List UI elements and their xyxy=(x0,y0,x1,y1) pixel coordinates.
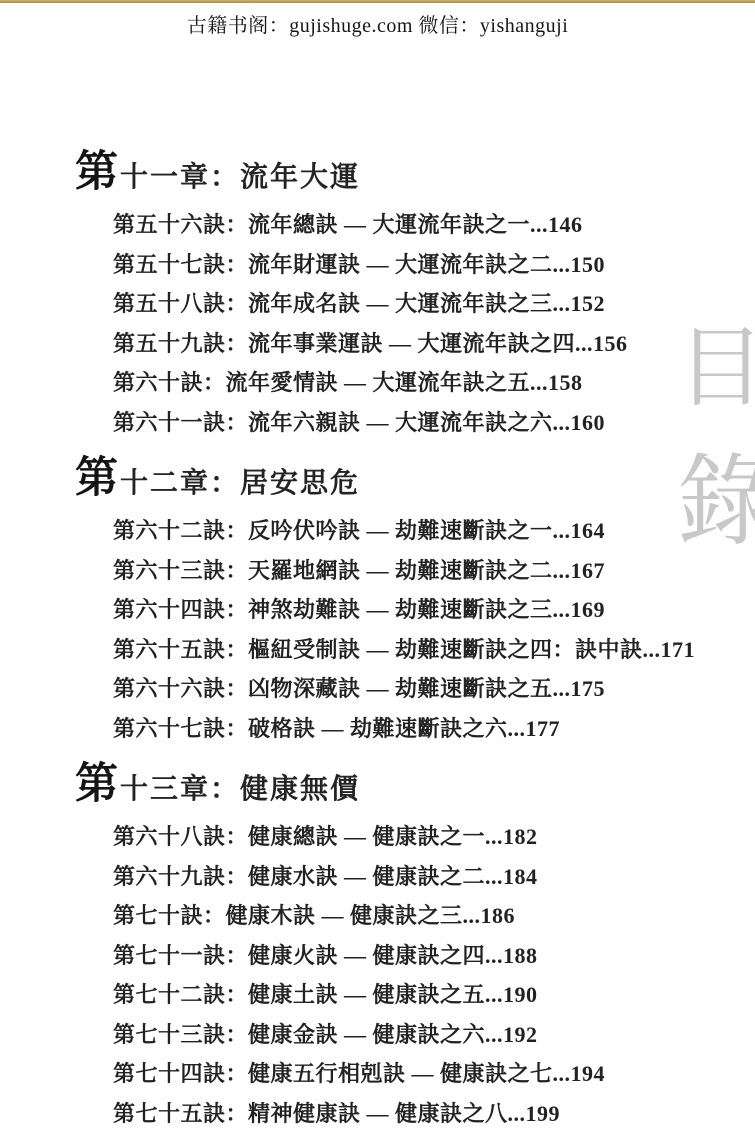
toc-entry: 第六十六訣：凶物深藏訣 — 劫難速斷訣之五...175 xyxy=(113,669,755,709)
toc-entry: 第七十四訣：健康五行相剋訣 — 健康訣之七...194 xyxy=(113,1054,755,1094)
chapter-entries: 第六十二訣：反吟伏吟訣 — 劫難速斷訣之一...164 第六十三訣：天羅地網訣 … xyxy=(75,511,755,748)
chapter-section-11: 第十一章：流年大運 第五十六訣：流年總訣 — 大運流年訣之一...146 第五十… xyxy=(75,150,755,442)
chapter-heading: 第十三章：健康無價 xyxy=(75,762,755,817)
chapter-title: 十一章：流年大運 xyxy=(120,162,360,193)
toc-entry: 第六十八訣：健康總訣 — 健康訣之一...182 xyxy=(113,817,755,857)
toc-entry: 第五十八訣：流年成名訣 — 大運流年訣之三...152 xyxy=(113,284,755,324)
site-banner: 古籍书阁：gujishuge.com 微信：yishanguji xyxy=(0,3,755,38)
toc-entry: 第五十九訣：流年事業運訣 — 大運流年訣之四...156 xyxy=(113,324,755,364)
toc-entry: 第七十訣：健康木訣 — 健康訣之三...186 xyxy=(113,896,755,936)
toc-entry: 第五十六訣：流年總訣 — 大運流年訣之一...146 xyxy=(113,205,755,245)
chapter-entries: 第六十八訣：健康總訣 — 健康訣之一...182 第六十九訣：健康水訣 — 健康… xyxy=(75,817,755,1133)
toc-entry: 第七十三訣：健康金訣 — 健康訣之六...192 xyxy=(113,1015,755,1055)
toc-entry: 第七十二訣：健康土訣 — 健康訣之五...190 xyxy=(113,975,755,1015)
chapter-heading: 第十二章：居安思危 xyxy=(75,456,755,511)
chapter-section-13: 第十三章：健康無價 第六十八訣：健康總訣 — 健康訣之一...182 第六十九訣… xyxy=(75,762,755,1133)
toc-entry: 第六十七訣：破格訣 — 劫難速斷訣之六...177 xyxy=(113,709,755,749)
toc-entry: 第五十七訣：流年財運訣 — 大運流年訣之二...150 xyxy=(113,245,755,285)
chapter-title: 十三章：健康無價 xyxy=(120,774,360,805)
chapter-prefix: 第 xyxy=(75,455,120,502)
toc-entry: 第六十五訣：樞紐受制訣 — 劫難速斷訣之四：訣中訣...171 xyxy=(113,630,755,670)
toc-entry: 第七十一訣：健康火訣 — 健康訣之四...188 xyxy=(113,936,755,976)
chapter-prefix: 第 xyxy=(75,761,120,808)
chapter-title: 十二章：居安思危 xyxy=(120,468,360,499)
chapter-section-12: 第十二章：居安思危 第六十二訣：反吟伏吟訣 — 劫難速斷訣之一...164 第六… xyxy=(75,456,755,748)
chapter-heading: 第十一章：流年大運 xyxy=(75,150,755,205)
chapter-entries: 第五十六訣：流年總訣 — 大運流年訣之一...146 第五十七訣：流年財運訣 —… xyxy=(75,205,755,442)
table-of-contents: 第十一章：流年大運 第五十六訣：流年總訣 — 大運流年訣之一...146 第五十… xyxy=(0,38,755,1133)
toc-entry: 第六十一訣：流年六親訣 — 大運流年訣之六...160 xyxy=(113,403,755,443)
chapter-prefix: 第 xyxy=(75,149,120,196)
toc-entry: 第六十九訣：健康水訣 — 健康訣之二...184 xyxy=(113,857,755,897)
toc-entry: 第六十二訣：反吟伏吟訣 — 劫難速斷訣之一...164 xyxy=(113,511,755,551)
toc-entry: 第六十訣：流年愛情訣 — 大運流年訣之五...158 xyxy=(113,363,755,403)
toc-entry: 第七十五訣：精神健康訣 — 健康訣之八...199 xyxy=(113,1094,755,1134)
toc-entry: 第六十三訣：天羅地網訣 — 劫難速斷訣之二...167 xyxy=(113,551,755,591)
toc-entry: 第六十四訣：神煞劫難訣 — 劫難速斷訣之三...169 xyxy=(113,590,755,630)
